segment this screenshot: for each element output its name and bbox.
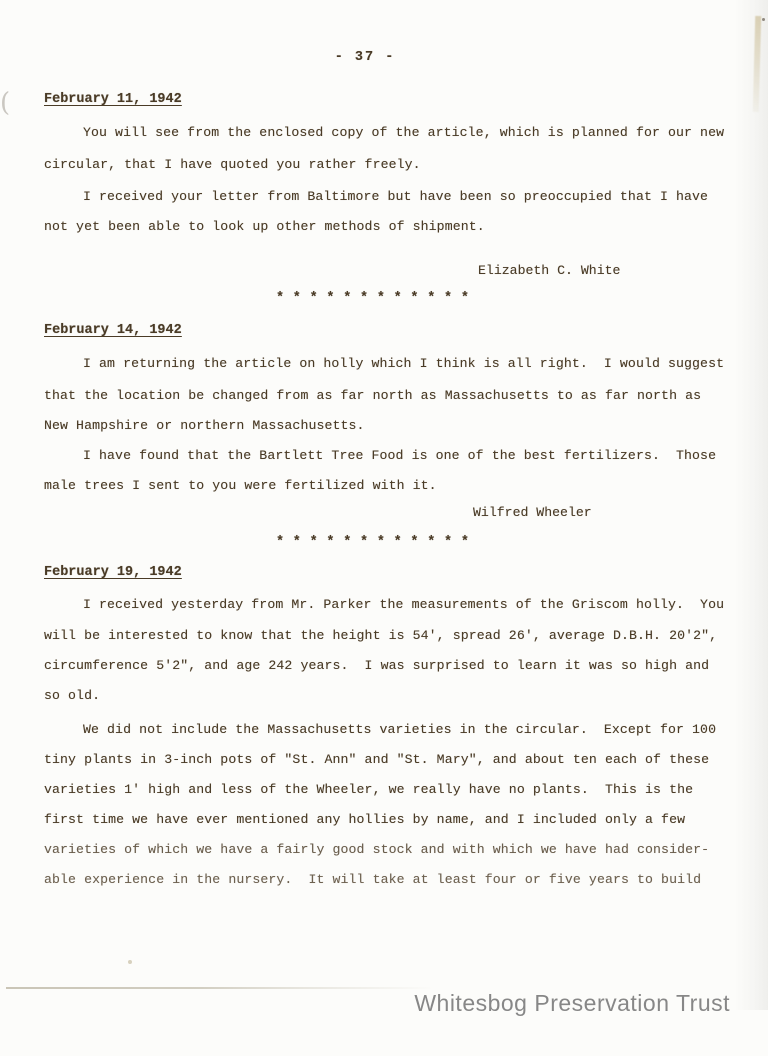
letter-line: male trees I sent to you were fertilized… bbox=[44, 478, 744, 494]
letter-date-heading: February 11, 1942 bbox=[44, 92, 182, 107]
letter-line: varieties 1' high and less of the Wheele… bbox=[44, 782, 744, 798]
letter-line: able experience in the nursery. It will … bbox=[44, 872, 744, 888]
letter-line: will be interested to know that the heig… bbox=[44, 628, 744, 644]
page-number: - 37 - bbox=[0, 50, 730, 65]
scan-artifact-paren: ( bbox=[0, 88, 10, 118]
scanned-letter-page: ( - 37 - February 11, 1942 You will see … bbox=[0, 0, 768, 1056]
letter-line: I am returning the article on holly whic… bbox=[44, 356, 744, 372]
letter-line: so old. bbox=[44, 688, 744, 704]
asterisk-separator: * * * * * * * * * * * * bbox=[276, 291, 469, 306]
letter-line: I have found that the Bartlett Tree Food… bbox=[44, 448, 744, 464]
letter-line: not yet been able to look up other metho… bbox=[44, 219, 744, 235]
letter-line: circular, that I have quoted you rather … bbox=[44, 157, 744, 173]
scan-artifact-speck bbox=[128, 960, 132, 964]
letter-line: We did not include the Massachusetts var… bbox=[44, 722, 744, 738]
letter-date-heading: February 14, 1942 bbox=[44, 323, 182, 338]
letter-date-heading: February 19, 1942 bbox=[44, 565, 182, 580]
letter-line: You will see from the enclosed copy of t… bbox=[44, 125, 744, 141]
scan-fold-line bbox=[6, 987, 434, 989]
letter-line: that the location be changed from as far… bbox=[44, 388, 744, 404]
letter-line: circumference 5'2", and age 242 years. I… bbox=[44, 658, 744, 674]
letter-line: I received your letter from Baltimore bu… bbox=[44, 189, 744, 205]
watermark-text: Whitesbog Preservation Trust bbox=[414, 990, 730, 1017]
scan-edge-shadow bbox=[734, 0, 768, 1010]
letter-line: I received yesterday from Mr. Parker the… bbox=[44, 597, 744, 613]
letter-line: New Hampshire or northern Massachusetts. bbox=[44, 418, 744, 434]
scan-artifact-dot bbox=[762, 18, 765, 21]
signature-elizabeth-white: Elizabeth C. White bbox=[478, 263, 620, 278]
letter-line: tiny plants in 3-inch pots of "St. Ann" … bbox=[44, 752, 744, 768]
letter-line: first time we have ever mentioned any ho… bbox=[44, 812, 744, 828]
scan-artifact-streak bbox=[753, 16, 762, 112]
signature-wilfred-wheeler: Wilfred Wheeler bbox=[473, 505, 592, 520]
letter-line: varieties of which we have a fairly good… bbox=[44, 842, 744, 858]
asterisk-separator: * * * * * * * * * * * * bbox=[276, 535, 469, 550]
